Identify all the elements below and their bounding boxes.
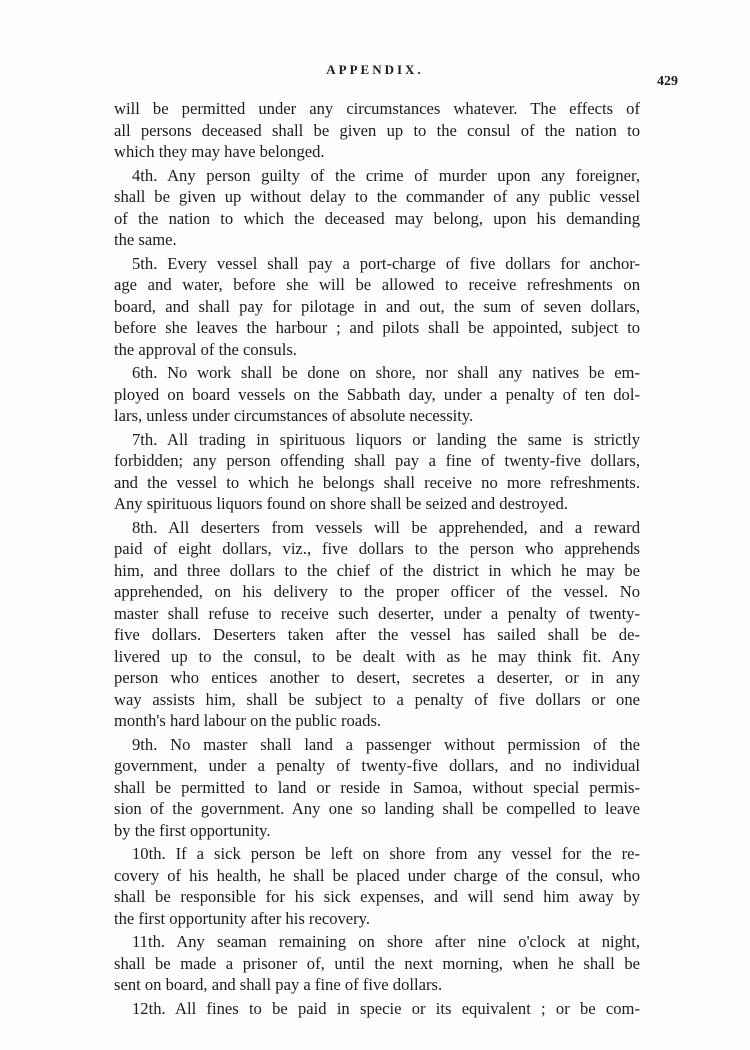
- text-line: the first opportunity after his recovery…: [114, 908, 640, 930]
- text-line: shall be permitted to land or reside in …: [114, 777, 640, 799]
- text-line: way assists him, shall be subject to a p…: [114, 689, 640, 711]
- text-line: forbidden; any person offending shall pa…: [114, 450, 640, 472]
- page-number: 429: [618, 74, 678, 90]
- text-line: Any spirituous liquors found on shore sh…: [114, 493, 640, 515]
- text-line: all persons deceased shall be given up t…: [114, 120, 640, 142]
- text-line: 9th. No master shall land a passenger wi…: [114, 734, 640, 756]
- text-line: age and water, before she will be allowe…: [114, 274, 640, 296]
- text-line: 4th. Any person guilty of the crime of m…: [114, 165, 640, 187]
- text-line: 10th. If a sick person be left on shore …: [114, 843, 640, 865]
- text-line: five dollars. Deserters taken after the …: [114, 624, 640, 646]
- paragraph: will be permitted under any circumstance…: [114, 98, 640, 163]
- body-text: will be permitted under any circumstance…: [114, 98, 640, 1019]
- text-line: person who entices another to desert, se…: [114, 667, 640, 689]
- text-line: shall be given up without delay to the c…: [114, 186, 640, 208]
- text-line: month's hard labour on the public roads.: [114, 710, 640, 732]
- paragraph: 11th. Any seaman remaining on shore afte…: [114, 931, 640, 996]
- paragraph: 8th. All deserters from vessels will be …: [114, 517, 640, 732]
- text-line: will be permitted under any circumstance…: [114, 98, 640, 120]
- text-line: the approval of the consuls.: [114, 339, 640, 361]
- text-line: apprehended, on his delivery to the prop…: [114, 581, 640, 603]
- text-line: sion of the government. Any one so landi…: [114, 798, 640, 820]
- text-line: which they may have belonged.: [114, 141, 640, 163]
- text-line: 6th. No work shall be done on shore, nor…: [114, 362, 640, 384]
- paragraph: 12th. All fines to be paid in specie or …: [114, 998, 640, 1020]
- text-line: 8th. All deserters from vessels will be …: [114, 517, 640, 539]
- book-page: APPENDIX. 429 will be permitted under an…: [0, 0, 750, 1050]
- text-line: livered up to the consul, to be dealt wi…: [114, 646, 640, 668]
- text-line: shall be made a prisoner of, until the n…: [114, 953, 640, 975]
- text-line: shall be responsible for his sick expens…: [114, 886, 640, 908]
- text-line: government, under a penalty of twenty-fi…: [114, 755, 640, 777]
- paragraph: 10th. If a sick person be left on shore …: [114, 843, 640, 929]
- paragraph: 5th. Every vessel shall pay a port-charg…: [114, 253, 640, 361]
- text-line: lars, unless under circumstances of abso…: [114, 405, 640, 427]
- text-line: 7th. All trading in spirituous liquors o…: [114, 429, 640, 451]
- text-line: of the nation to which the deceased may …: [114, 208, 640, 230]
- paragraph: 7th. All trading in spirituous liquors o…: [114, 429, 640, 515]
- paragraph: 4th. Any person guilty of the crime of m…: [114, 165, 640, 251]
- text-line: covery of his health, he shall be placed…: [114, 865, 640, 887]
- text-line: master shall refuse to receive such dese…: [114, 603, 640, 625]
- text-line: 5th. Every vessel shall pay a port-charg…: [114, 253, 640, 275]
- text-line: by the first opportunity.: [114, 820, 640, 842]
- text-line: and the vessel to which he belongs shall…: [114, 472, 640, 494]
- text-line: board, and shall pay for pilotage in and…: [114, 296, 640, 318]
- text-line: sent on board, and shall pay a fine of f…: [114, 974, 640, 996]
- paragraph: 6th. No work shall be done on shore, nor…: [114, 362, 640, 427]
- text-line: 11th. Any seaman remaining on shore afte…: [114, 931, 640, 953]
- text-line: the same.: [114, 229, 640, 251]
- paragraph: 9th. No master shall land a passenger wi…: [114, 734, 640, 842]
- text-line: him, and three dollars to the chief of t…: [114, 560, 640, 582]
- text-line: before she leaves the harbour ; and pilo…: [114, 317, 640, 339]
- text-line: 12th. All fines to be paid in specie or …: [114, 998, 640, 1020]
- text-line: ployed on board vessels on the Sabbath d…: [114, 384, 640, 406]
- text-line: paid of eight dollars, viz., five dollar…: [114, 538, 640, 560]
